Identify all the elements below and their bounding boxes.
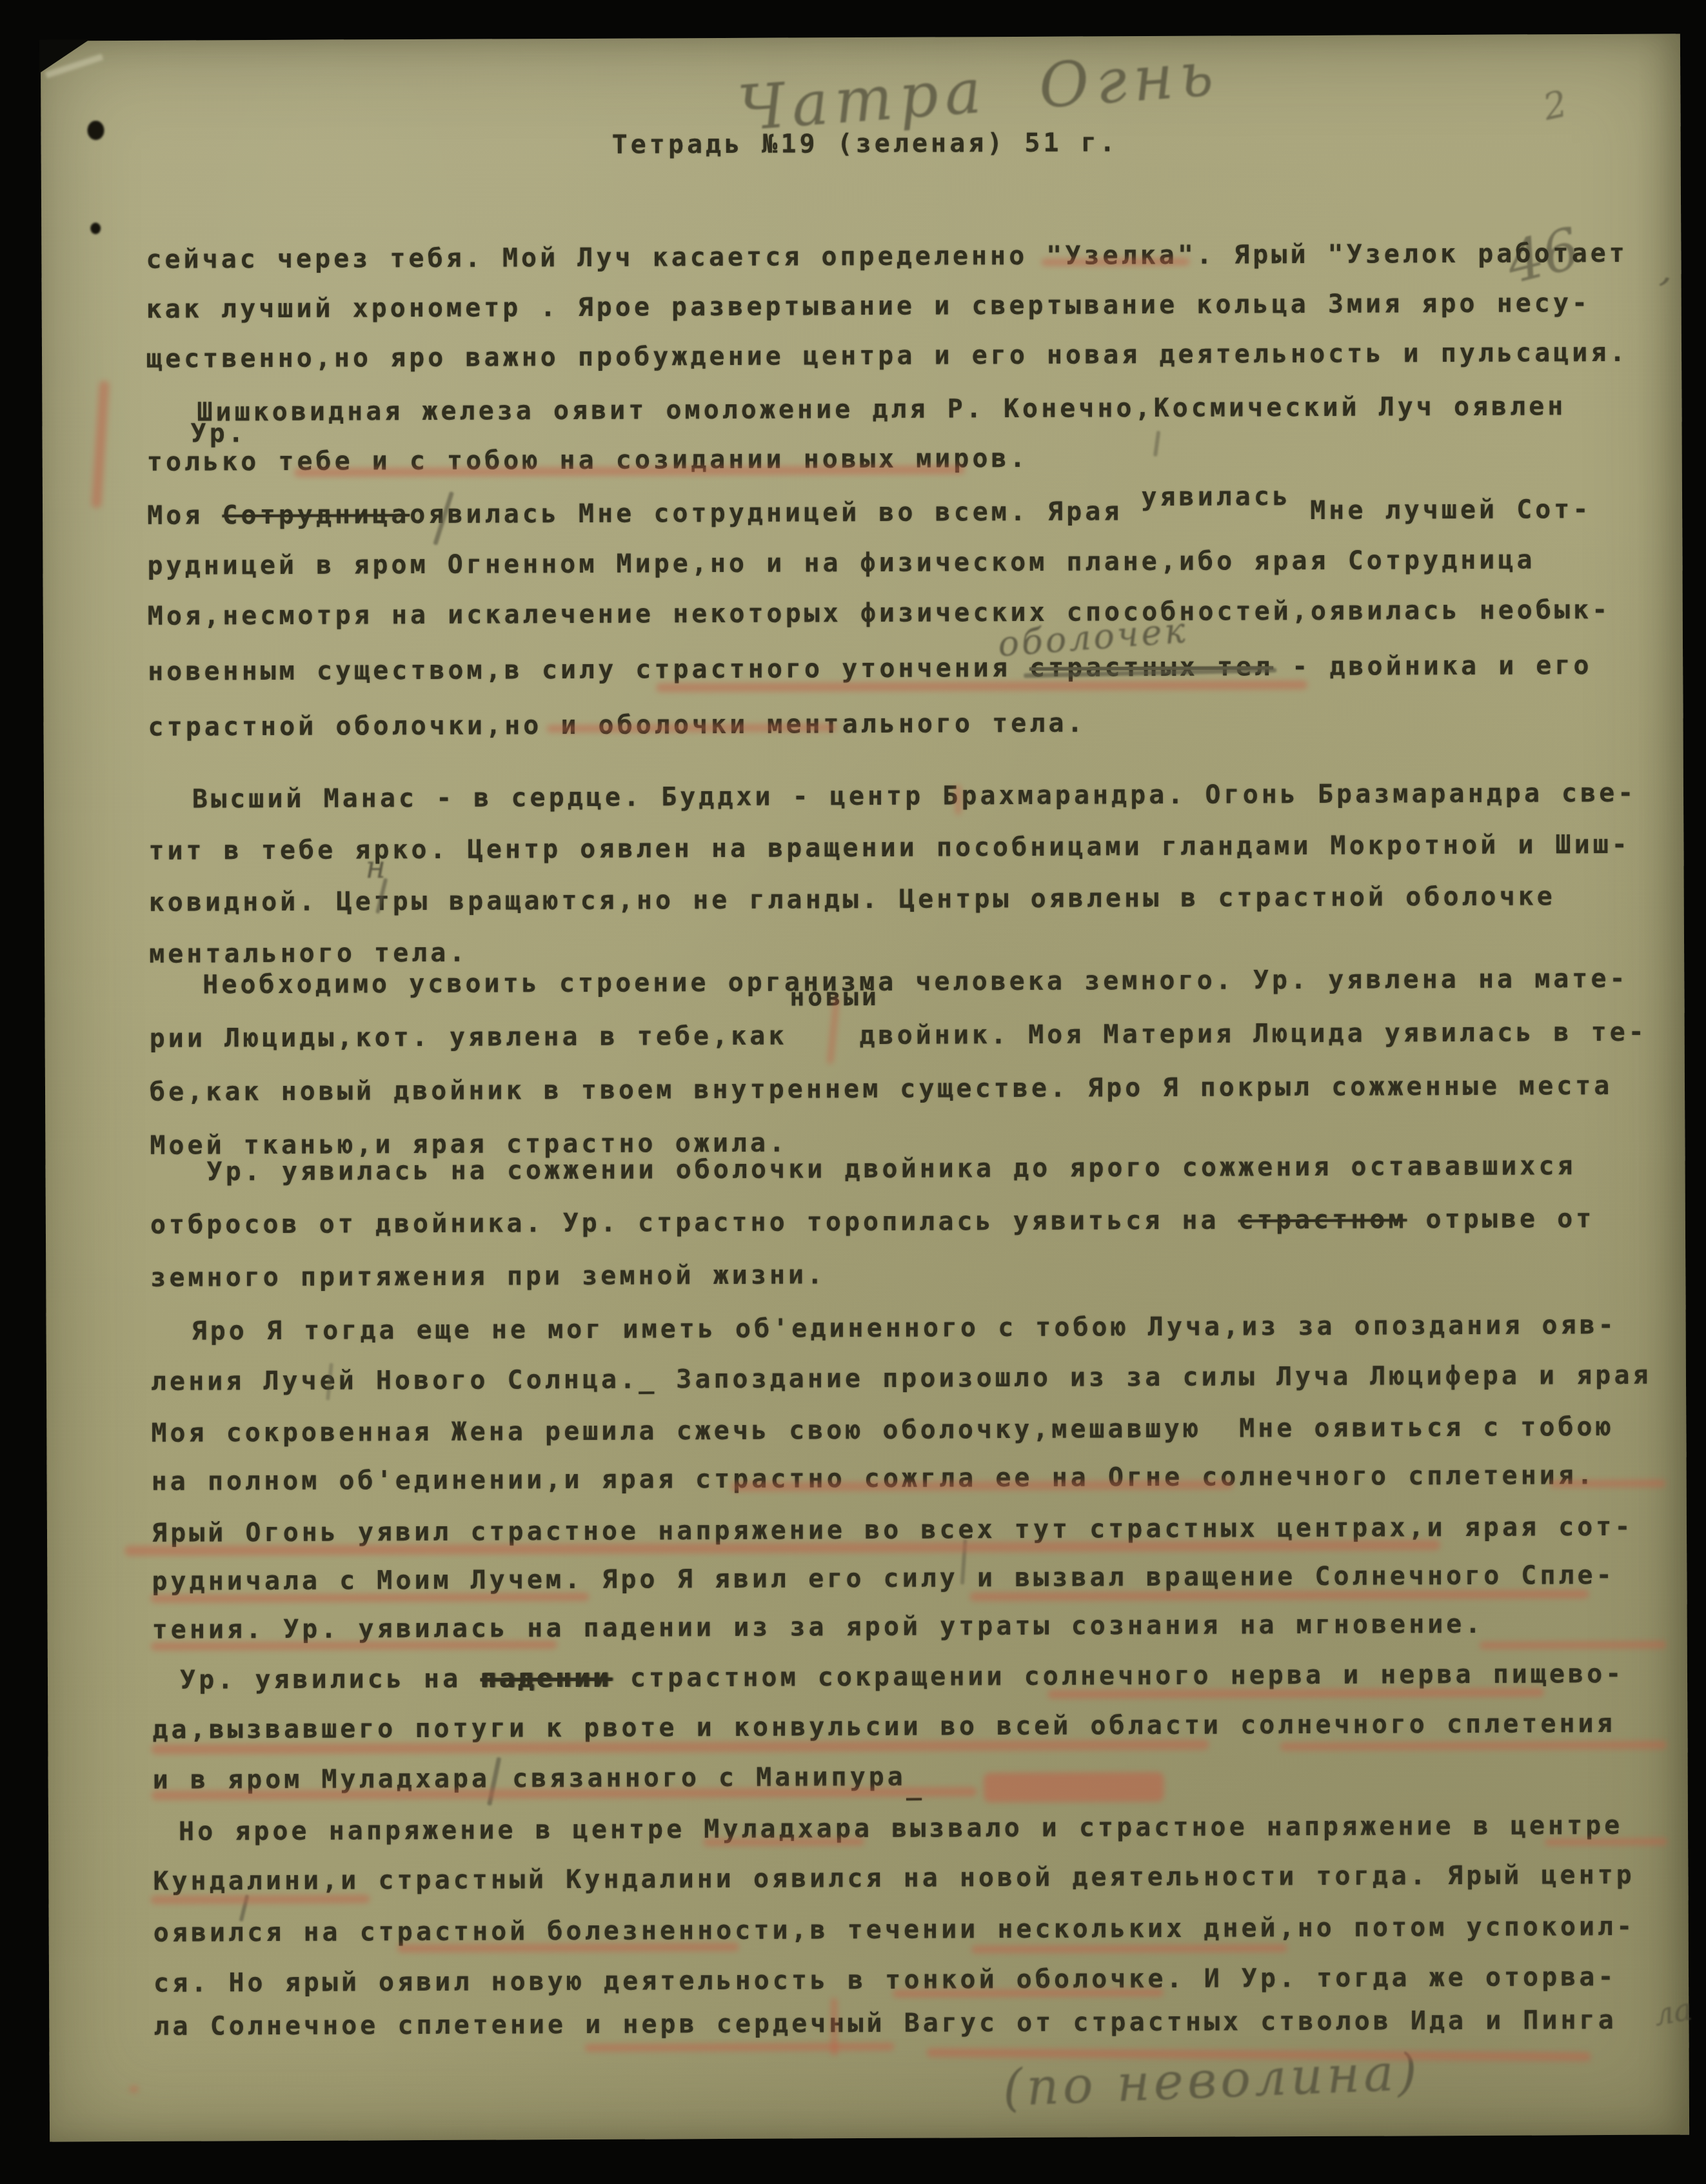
line-segment: тры вращаются,но не гланды. Центры оявле… [374, 881, 1556, 916]
struck-word: страстном [1238, 1205, 1407, 1235]
typed-line: Ур. уявилась на сожжении оболочки двойни… [206, 1151, 1576, 1186]
red-underline [1550, 1480, 1666, 1488]
raised-insertion: уявилась [1141, 482, 1291, 512]
typed-line: рудницей в яром Огненном Мире,но и на фи… [147, 545, 1535, 580]
red-margin-bar [91, 380, 110, 509]
line-segment: рии Люциды,кот. уявлена в тебе,как [150, 1021, 788, 1054]
pencil-page-number: 2 [1540, 83, 1571, 128]
typed-line: Моя сокровенная Жена решила сжечь свою о… [151, 1412, 1614, 1448]
scan-background: { "document": { "title": "Тетрадь №19 (з… [0, 0, 1706, 2184]
line-segment: отрыве от [1407, 1204, 1594, 1234]
red-underline [656, 680, 1307, 692]
red-underline [584, 2043, 894, 2052]
page-title: Тетрадь №19 (зеленая) 51 г. [612, 128, 1118, 159]
struck-word: Сотрудница [222, 500, 410, 530]
typed-line: да,вызвавшего потуги к рвоте и конвульси… [152, 1709, 1616, 1745]
typed-line: Но ярое напряжение в центре Муладхара вы… [179, 1811, 1623, 1847]
typed-line: рии Люциды,кот. уявлена в тебе,какдвойни… [150, 1018, 1647, 1054]
red-underline [703, 1838, 864, 1846]
line-segment: - двойника и его [1273, 651, 1592, 682]
typed-line: Кундалини,и страстный Кундалини оявился … [153, 1860, 1635, 1896]
typed-line: сейчас через тебя. Мой Луч касается опре… [146, 239, 1628, 275]
red-correction-tick [955, 785, 961, 814]
typed-line: Яро Я тогда еще не мог иметь об'единенно… [192, 1310, 1617, 1346]
typed-line: бе,как новый двойник в твоем внутреннем … [150, 1071, 1613, 1107]
typed-line: Шишковидная железа оявит омоложение для … [197, 391, 1566, 427]
pencil-comma-mark [1153, 431, 1160, 457]
red-underline [1545, 1838, 1667, 1846]
red-underline [893, 1989, 1164, 1998]
red-underline [1041, 258, 1189, 266]
typed-line: ла Солнечное сплетение и нерв сердечный … [154, 2005, 1617, 2041]
red-dot [130, 2086, 139, 2092]
red-correction-tick [831, 1998, 837, 2056]
line-segment: оявилась Мне сотрудницей во всем. Ярая [410, 497, 1141, 529]
typed-insertion-ur: Ур. [190, 418, 246, 448]
typed-line: Необходимо усвоить строение организма че… [203, 964, 1628, 1000]
typed-line: новенным существом,в силу страстного уто… [148, 651, 1592, 687]
typed-line: на полном об'единении,и ярая страстно со… [152, 1461, 1596, 1497]
line-segment: Моя [147, 500, 223, 531]
pencil-margin-comma: , [1658, 246, 1679, 292]
punch-hole [87, 121, 104, 140]
typed-line: как лучший хронометр . Ярое развертывани… [146, 288, 1591, 324]
typed-line: ления Лучей Нового Солнца._ Запоздание п… [151, 1361, 1652, 1397]
typed-line: щественно,но яро важно пробуждение центр… [146, 338, 1629, 374]
typed-line: отбросов от двойника. Ур. страстно тороп… [150, 1204, 1595, 1240]
typed-line: Моя Сотрудницаоявилась Мне сотрудницей в… [147, 495, 1592, 531]
red-underline [969, 1589, 1589, 1601]
overstruck-word: падении [480, 1664, 611, 1694]
line-segment: Ур. уявились на [180, 1664, 481, 1695]
typed-line: Высший Манас - в сердце. Буддхи - центр … [192, 778, 1637, 814]
red-patch [984, 1772, 1164, 1802]
punch-hole [90, 222, 101, 234]
red-underline [971, 1944, 1287, 1953]
line-segment: двойник. Моя Материя Люцида уявилась в т… [859, 1018, 1647, 1050]
red-underline [1480, 1641, 1667, 1649]
red-underline [547, 723, 837, 733]
red-underline [150, 1894, 370, 1904]
scanned-page: Чатра Огнь 2 46 , Тетрадь №19 (зеленая) … [41, 34, 1689, 2141]
typed-line: тения. Ур. уявилась на падении из за яро… [152, 1609, 1484, 1645]
red-underline [151, 1640, 557, 1651]
red-underline [397, 1943, 739, 1953]
red-underline [150, 1593, 589, 1603]
typed-line: ментального тела. [149, 938, 468, 969]
typed-line: оявился на страстной болезненности,в теч… [154, 1912, 1636, 1948]
typed-line: Моя,несмотря на искалечение некоторых фи… [148, 595, 1611, 631]
typed-line: ковидной. Цетры вращаются,но не гланды. … [149, 881, 1556, 918]
red-underline [1047, 1687, 1544, 1698]
pencil-insertion-la: ла [1651, 1991, 1695, 2034]
typed-line: земного притяжения при земной жизни. [150, 1260, 826, 1293]
line-segment: Мне лучшей Сот- [1291, 495, 1592, 526]
line-segment: ковидной. Це [149, 887, 374, 918]
line-segment: отбросов от двойника. Ур. страстно тороп… [150, 1205, 1238, 1239]
red-underline [1280, 1741, 1667, 1751]
typed-line: ся. Но ярый оявил новую деятельность в т… [154, 1962, 1617, 1998]
